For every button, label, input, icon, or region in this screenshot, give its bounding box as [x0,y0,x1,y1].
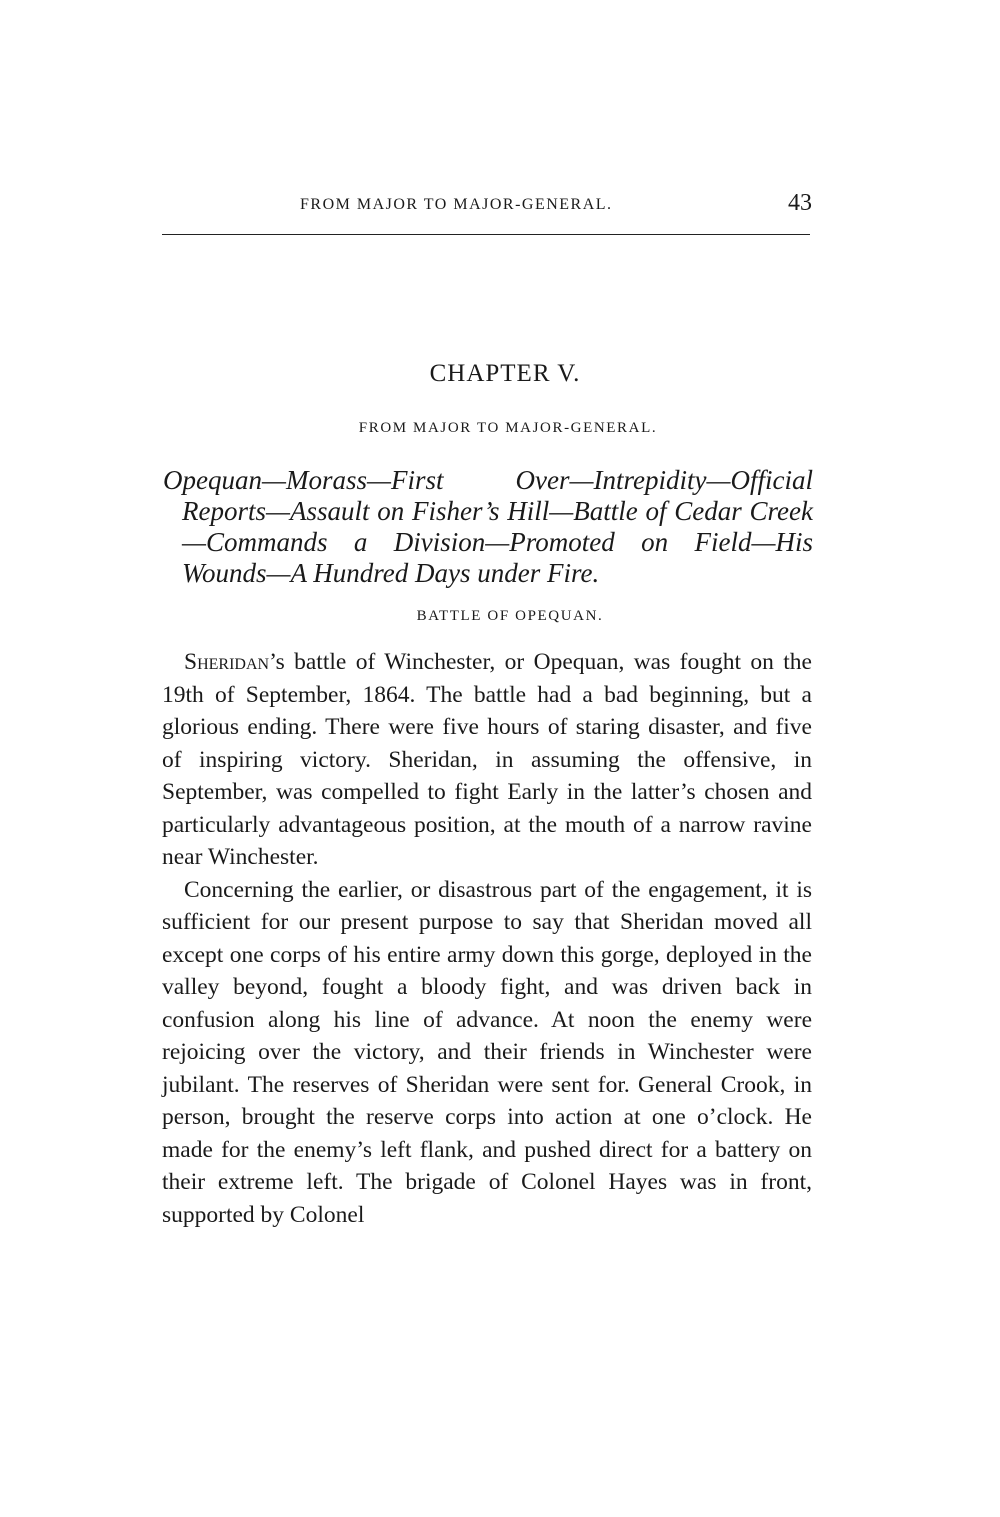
chapter-title: CHAPTER V. [0,360,1000,388]
chapter-subtitle: FROM MAJOR TO MAJOR-GENERAL. [0,420,1000,437]
paragraph-1-text: ’s battle of Winchester, or Opequan, was… [162,649,812,870]
lead-word: Sheridan [184,649,269,675]
running-title: FROM MAJOR TO MAJOR-GENERAL. [300,196,613,214]
paragraph-1: Sheridan’s battle of Winchester, or Opeq… [162,646,812,874]
section-heading: BATTLE OF OPEQUAN. [0,608,1000,625]
body-text: Sheridan’s battle of Winchester, or Opeq… [162,646,812,1231]
page-number: 43 [788,190,812,217]
running-head: FROM MAJOR TO MAJOR-GENERAL. 43 [162,190,812,220]
synopsis-text: Opequan—Morass—First Over—Intrepidity—Of… [163,465,813,589]
paragraph-2: Concerning the earlier, or disastrous pa… [162,874,812,1232]
chapter-synopsis: Opequan—Morass—First Over—Intrepidity—Of… [163,465,813,589]
header-rule [162,234,810,235]
